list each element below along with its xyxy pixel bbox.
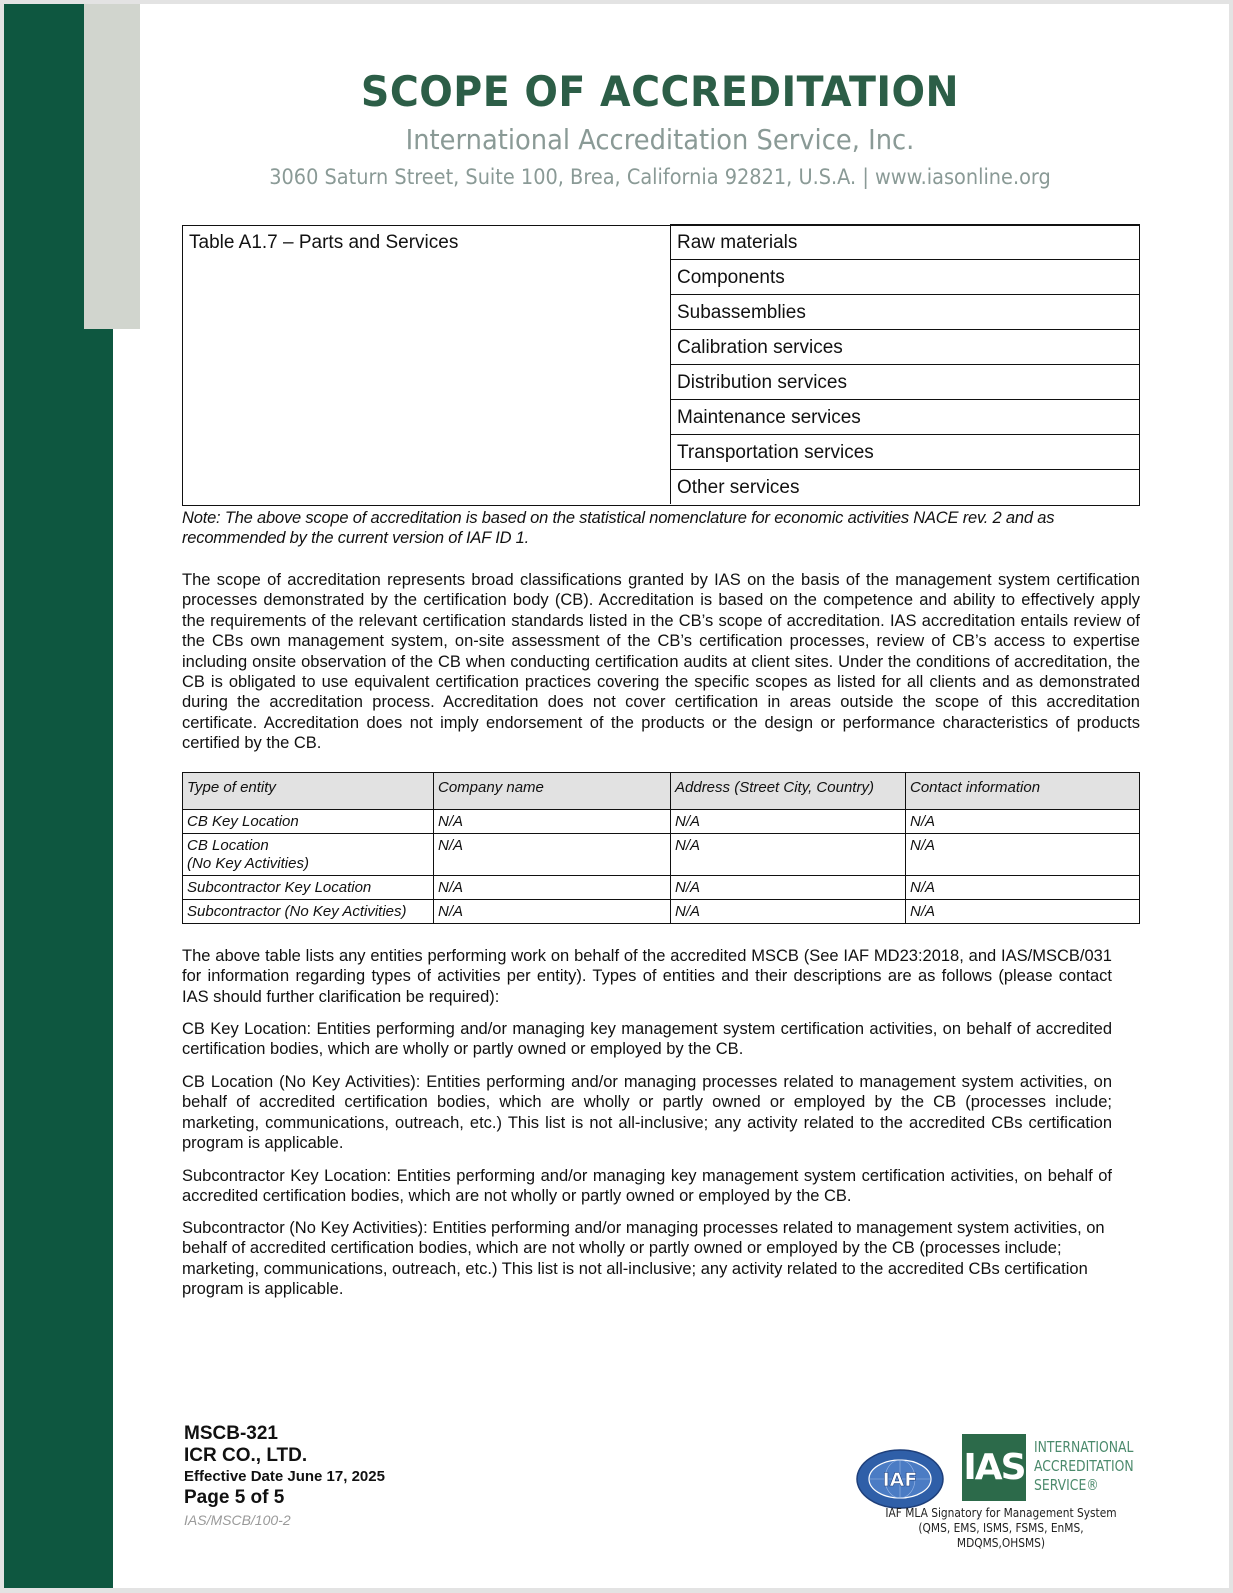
subcontractor-no-key-description: Subcontractor (No Key Activities): Entit…	[182, 1218, 1112, 1300]
parts-services-table: Table A1.7 – Parts and Services Raw mate…	[182, 225, 1140, 506]
table-row: CB Key Location N/A N/A N/A	[183, 810, 1140, 834]
entity-type: Subcontractor Key Location	[183, 876, 434, 900]
entity-type: Subcontractor (No Key Activities)	[183, 900, 434, 924]
nace-note: Note: The above scope of accreditation i…	[182, 508, 1144, 548]
list-item: Raw materials	[670, 224, 1140, 260]
contact-info: N/A	[906, 834, 1140, 876]
table-row: Subcontractor (No Key Activities) N/A N/…	[183, 900, 1140, 924]
list-item: Transportation services	[670, 434, 1140, 470]
company-name-footer: ICR CO., LTD.	[184, 1445, 385, 1467]
company-name: N/A	[434, 876, 671, 900]
contact-info: N/A	[906, 876, 1140, 900]
entity-type-line2: (No Key Activities)	[187, 855, 309, 872]
form-id: IAS/MSCB/100-2	[184, 1509, 385, 1531]
entity-address: N/A	[671, 810, 906, 834]
list-item: Calibration services	[670, 329, 1140, 365]
ias-logo-icon: IAS	[962, 1434, 1026, 1501]
company-name: N/A	[434, 900, 671, 924]
entity-address: N/A	[671, 876, 906, 900]
column-header: Address (Street City, Country)	[671, 773, 906, 810]
cb-location-description: CB Location (No Key Activities): Entitie…	[182, 1072, 1112, 1154]
signatory-scopes: (QMS, EMS, ISMS, FSMS, EnMS, MDQMS,OHSMS…	[878, 1520, 1125, 1550]
column-header: Company name	[434, 773, 671, 810]
svg-text:IAF: IAF	[883, 1469, 918, 1491]
footer-info: MSCB-321 ICR CO., LTD. Effective Date Ju…	[184, 1423, 385, 1531]
list-item: Other services	[670, 469, 1140, 504]
list-item: Subassemblies	[670, 294, 1140, 330]
cb-key-location-description: CB Key Location: Entities performing and…	[182, 1019, 1112, 1060]
subcontractor-key-location-description: Subcontractor Key Location: Entities per…	[182, 1166, 1112, 1207]
signatory-statement: IAF MLA Signatory for Management System	[878, 1505, 1125, 1520]
entity-type-line1: CB Location	[187, 837, 269, 854]
page-number: Page 5 of 5	[184, 1487, 385, 1509]
document-header: SCOPE OF ACCREDITATION International Acc…	[140, 66, 1180, 194]
entity-address: N/A	[671, 834, 906, 876]
iaf-logo-icon: IAF	[856, 1449, 944, 1509]
entity-type: CB Location(No Key Activities)	[183, 834, 434, 876]
list-item: Components	[670, 259, 1140, 295]
contact-info: N/A	[906, 900, 1140, 924]
organization-address: 3060 Saturn Street, Suite 100, Brea, Cal…	[182, 160, 1139, 194]
left-gray-band	[84, 4, 140, 329]
entity-table: Type of entity Company name Address (Str…	[182, 772, 1140, 924]
document-title: SCOPE OF ACCREDITATION	[171, 66, 1149, 118]
entity-intro-paragraph: The above table lists any entities perfo…	[182, 946, 1112, 1007]
parts-table-label: Table A1.7 – Parts and Services	[189, 232, 458, 254]
effective-date: Effective Date June 17, 2025	[184, 1467, 385, 1487]
certificate-code: MSCB-321	[184, 1423, 385, 1445]
ias-logo-wordmark: INTERNATIONAL ACCREDITATION SERVICE®	[1034, 1438, 1134, 1495]
entity-address: N/A	[671, 900, 906, 924]
list-item: Distribution services	[670, 364, 1140, 400]
ias-name-line: INTERNATIONAL	[1034, 1438, 1134, 1457]
column-header: Type of entity	[183, 773, 434, 810]
contact-info: N/A	[906, 810, 1140, 834]
scope-paragraph: The scope of accreditation represents br…	[182, 570, 1140, 754]
table-row: Subcontractor Key Location N/A N/A N/A	[183, 876, 1140, 900]
document-page: SCOPE OF ACCREDITATION International Acc…	[4, 4, 1229, 1588]
entity-type: CB Key Location	[183, 810, 434, 834]
table-header-row: Type of entity Company name Address (Str…	[183, 773, 1140, 810]
parts-list: Raw materials Components Subassemblies C…	[670, 225, 1140, 504]
organization-name: International Accreditation Service, Inc…	[182, 120, 1139, 160]
table-row: CB Location(No Key Activities) N/A N/A N…	[183, 834, 1140, 876]
ias-name-line: SERVICE®	[1034, 1476, 1134, 1495]
ias-name-line: ACCREDITATION	[1034, 1457, 1134, 1476]
list-item: Maintenance services	[670, 399, 1140, 435]
company-name: N/A	[434, 834, 671, 876]
column-header: Contact information	[906, 773, 1140, 810]
company-name: N/A	[434, 810, 671, 834]
